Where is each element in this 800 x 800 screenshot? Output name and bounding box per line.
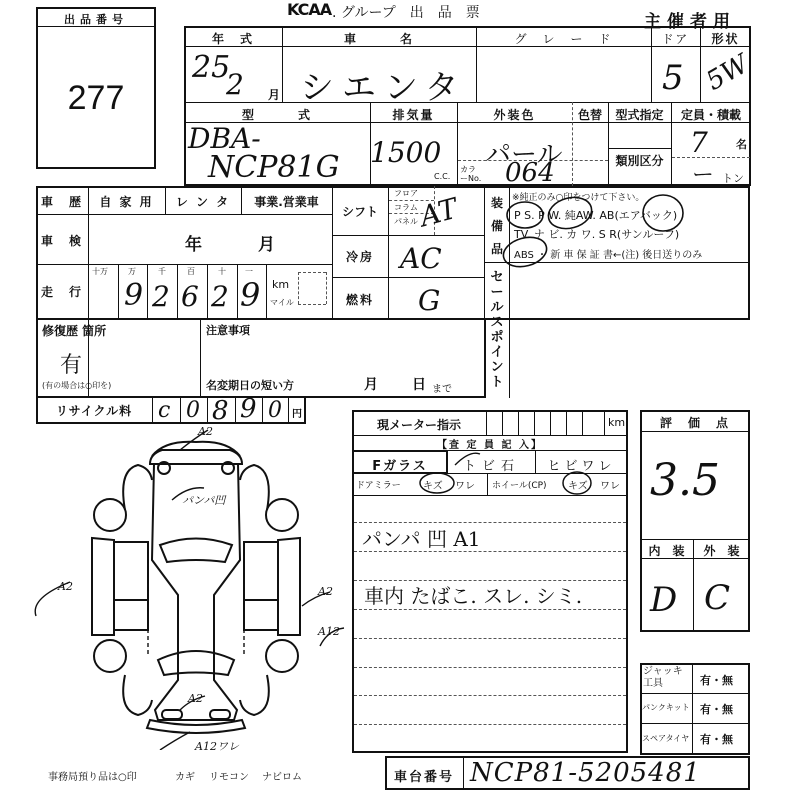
name-change-day: 日 <box>412 374 426 394</box>
color-no-label: カラーNo. <box>460 165 482 183</box>
meter-label: 現メーター指示 <box>352 416 486 433</box>
history-option-private[interactable]: 自 家 用 <box>88 193 165 210</box>
doors-label: ドア <box>651 30 700 47</box>
year-label: 年 式 <box>184 30 282 47</box>
type-designation-label: 型式指定 <box>608 106 671 123</box>
meter-unit: km <box>608 416 625 429</box>
lot-number-label: 出品番号 <box>38 11 154 27</box>
shift-label: シフト <box>332 203 388 220</box>
shape-label: 形状 <box>700 30 751 47</box>
capacity-unit: 名 <box>736 136 747 152</box>
displacement-label: 排気量 <box>370 106 457 123</box>
accessory-kit-value[interactable]: 有・無 <box>700 701 733 717</box>
wheel-option-crack[interactable]: ワレ <box>600 477 620 492</box>
accessory-spare-label: スペアタイヤ <box>642 733 689 744</box>
mark-right-rear: A12 <box>318 625 340 638</box>
remark-line-2: 車内 たばこ. スレ. シミ. <box>364 580 582 609</box>
ac-label: 冷房 <box>332 248 388 265</box>
history-option-commercial[interactable]: 事業.営業車 <box>241 193 332 210</box>
accessory-kit-label: パンクキット <box>642 702 690 713</box>
brand-logo: KCAA <box>287 0 331 19</box>
chassis-label: 車台番号 <box>385 766 463 785</box>
inspection-year-unit: 年 <box>185 230 202 255</box>
mileage-digit-1: 9 <box>240 276 260 314</box>
mark-rear-bumper: A2 <box>188 692 203 705</box>
inspection-label: 車 検 <box>36 232 88 249</box>
accessory-spare-value[interactable]: 有・無 <box>700 731 733 747</box>
mileage-digit-label-100: 百 <box>187 266 195 277</box>
score-value: 3.5 <box>650 455 720 506</box>
chassis-value: NCP81-5205481 <box>470 758 701 788</box>
car-name-value: シエンタ <box>300 60 467 109</box>
grade-label: グ レ ー ド <box>476 30 651 47</box>
exterior-value: C <box>704 578 730 618</box>
fuel-label: 燃料 <box>332 291 388 308</box>
inspector-circles <box>400 440 600 510</box>
mileage-digit-10: 2 <box>211 280 229 313</box>
mark-right: A2 <box>318 585 333 598</box>
month-value: 2 <box>226 68 244 101</box>
mileage-digit-label-10k: 万 <box>128 266 136 277</box>
repair-note: (有の場合は○印を) <box>42 380 111 391</box>
name-change-month: 月 <box>364 374 378 394</box>
form-title: . グループ 出 品 票 <box>332 2 480 22</box>
mark-rear-bottom: A12ワレ <box>195 738 239 754</box>
mileage-unit-km: km <box>272 278 289 291</box>
mileage-digit-label-100k: 十万 <box>92 266 108 277</box>
month-unit: 月 <box>268 86 280 103</box>
mileage-label: 走 行 <box>36 283 88 300</box>
interior-value: D <box>650 580 677 620</box>
interior-label: 内 装 <box>640 542 693 559</box>
accessory-jack-value[interactable]: 有・無 <box>700 672 733 688</box>
fuel-value: G <box>418 284 440 317</box>
mirror-label: ドアミラー <box>356 478 401 491</box>
mark-front: A2 <box>198 425 213 438</box>
shift-option-panel[interactable]: パネル <box>394 216 418 227</box>
model-label: 型 式 <box>184 106 370 123</box>
name-change-label: 名変期日の短い方 <box>206 377 294 393</box>
ac-value: AC <box>400 242 442 275</box>
lot-number: 277 <box>38 79 154 118</box>
recycle-label: リサイクル料 <box>36 402 152 419</box>
score-label: 評 価 点 <box>640 414 750 431</box>
car-name-label: 車 名 <box>282 30 476 47</box>
capacity-label: 定員・積載 <box>671 106 751 123</box>
displacement-unit: C.C. <box>434 172 450 181</box>
recycle-unit: 円 <box>292 405 302 420</box>
history-label: 車 歴 <box>36 193 88 210</box>
name-change-until: まで <box>432 380 452 395</box>
mark-hood: パンパ凹 <box>182 492 225 508</box>
shift-option-floor[interactable]: フロア <box>394 188 418 199</box>
color-change-label: 色替 <box>572 106 608 123</box>
doors-value: 5 <box>662 58 684 98</box>
mileage-digit-100: 6 <box>181 280 199 313</box>
mark-left: A2 <box>58 580 73 593</box>
color-label: 外装色 <box>457 106 572 123</box>
displacement-value: 1500 <box>370 136 441 169</box>
mileage-digit-1k: 2 <box>152 280 170 313</box>
office-note: 事務局預り品は○印 <box>48 768 137 783</box>
capacity-value: 7 <box>690 126 708 159</box>
sales-point-label: セールスポイント <box>486 270 508 390</box>
history-option-rental[interactable]: レ ン タ <box>165 193 241 210</box>
mileage-digit-label-10: 十 <box>218 266 226 277</box>
accessory-jack-label: ジャッキ工具 <box>643 666 691 690</box>
equipment-circles <box>480 180 800 280</box>
year-value: 25 <box>192 50 230 85</box>
notes-label: 注意事項 <box>206 322 250 338</box>
mileage-digit-10k: 9 <box>124 278 143 313</box>
repair-value: 有 <box>60 348 82 379</box>
category-label: 類別区分 <box>608 152 671 169</box>
remark-line-1: パンパ 凹 A1 <box>362 523 480 552</box>
lot-number-box: 出品番号 277 <box>36 7 156 169</box>
mileage-digit-label-1k: 千 <box>158 266 166 277</box>
shift-option-column[interactable]: コラム <box>394 202 418 213</box>
exterior-label: 外 装 <box>693 542 750 559</box>
inspection-month-unit: 月 <box>258 230 275 255</box>
office-item-key[interactable]: カギ <box>175 768 195 783</box>
repair-label: 修復歴 箇所 <box>42 322 106 339</box>
office-item-navi-rom[interactable]: ナビロム <box>262 768 302 783</box>
model-value: NCP81G <box>208 150 340 185</box>
mileage-unit-mile: マイル <box>270 297 294 308</box>
office-item-remote[interactable]: リモコン <box>209 768 249 783</box>
